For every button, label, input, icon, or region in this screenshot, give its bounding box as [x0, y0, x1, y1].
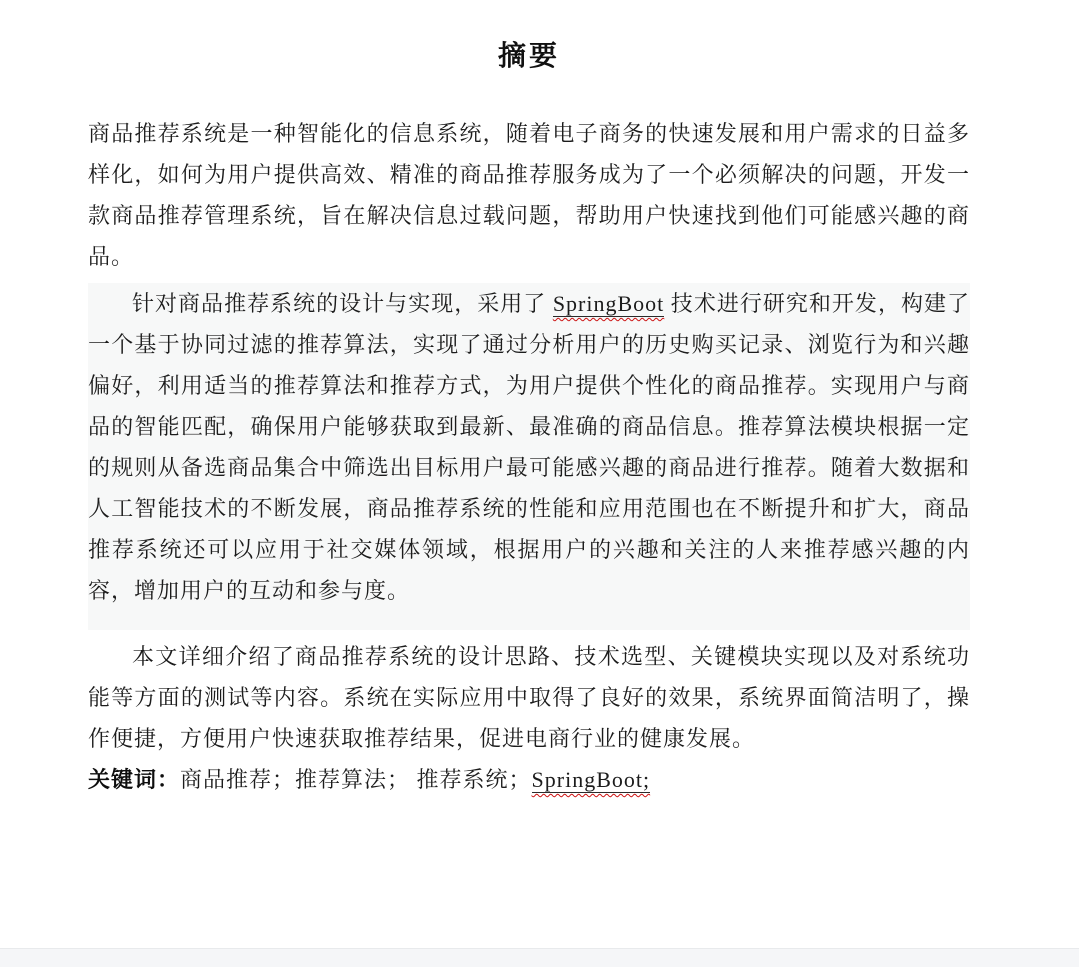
keywords-line: 关键词：商品推荐；推荐算法； 推荐系统；SpringBoot; — [88, 759, 970, 800]
page-title: 摘要 — [88, 34, 970, 74]
footer-strip — [0, 948, 1079, 967]
paragraph-1: 商品推荐系统是一种智能化的信息系统，随着电子商务的快速发展和用户需求的日益多样化… — [88, 113, 970, 277]
document-page: 摘要 商品推荐系统是一种智能化的信息系统，随着电子商务的快速发展和用户需求的日益… — [0, 0, 1079, 967]
keywords-list: 商品推荐；推荐算法； 推荐系统； — [180, 767, 532, 792]
springboot-spellcheck-term: SpringBoot — [553, 291, 664, 317]
paragraph-3: 本文详细介绍了商品推荐系统的设计思路、技术选型、关键模块实现以及对系统功能等方面… — [88, 636, 970, 759]
keywords-label: 关键词： — [88, 767, 180, 792]
abstract-body: 商品推荐系统是一种智能化的信息系统，随着电子商务的快速发展和用户需求的日益多样化… — [88, 113, 970, 800]
paragraph-2-text-before: 针对商品推荐系统的设计与实现，采用了 — [132, 291, 553, 316]
paragraph-2-text-after: 技术进行研究和开发，构建了一个基于协同过滤的推荐算法，实现了通过分析用户的历史购… — [88, 291, 970, 603]
keywords-springboot-spellcheck-term: SpringBoot; — [532, 767, 651, 793]
paragraph-2: 针对商品推荐系统的设计与实现，采用了 SpringBoot 技术进行研究和开发，… — [88, 283, 970, 630]
